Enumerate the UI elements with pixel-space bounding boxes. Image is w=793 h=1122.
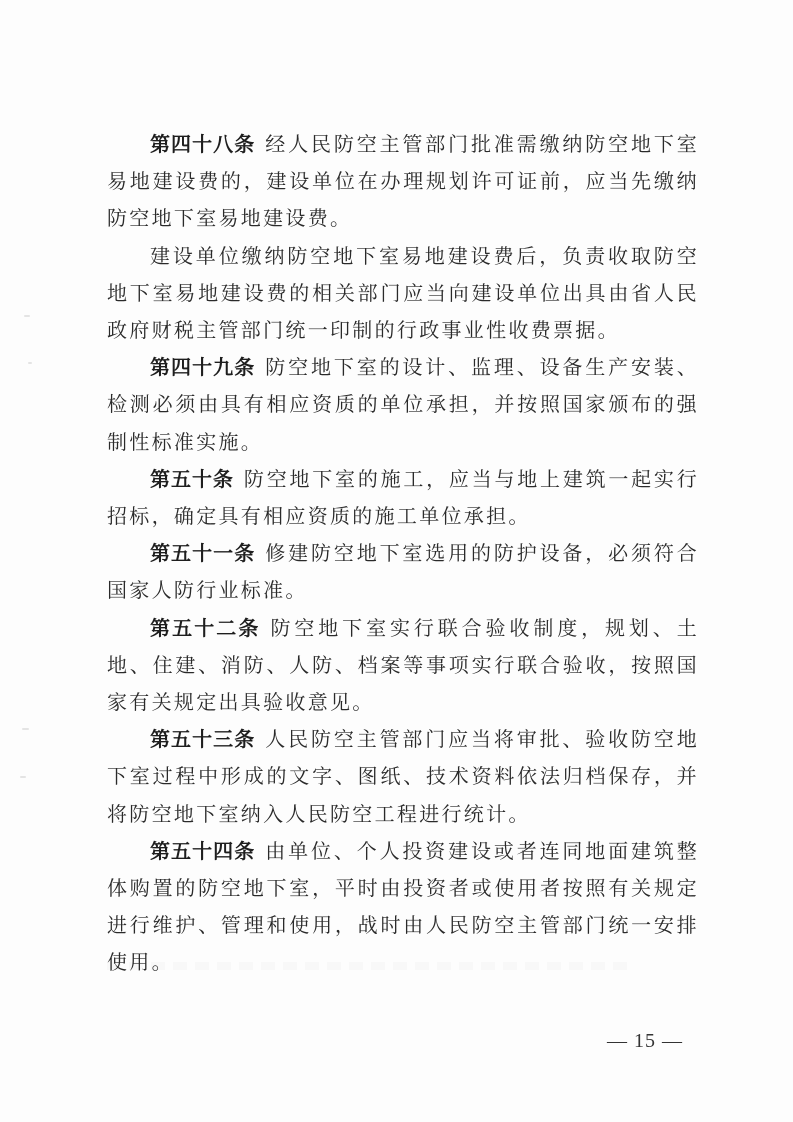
article-52-paragraph: 第五十二条防空地下室实行联合验收制度，规划、土地、住建、消防、人防、档案等事项实… (107, 610, 699, 722)
article-51-paragraph: 第五十一条修建防空地下室选用的防护设备，必须符合国家人防行业标准。 (107, 535, 699, 609)
scan-artifact (22, 728, 29, 730)
article-49-paragraph: 第四十九条防空地下室的设计、监理、设备生产安装、检测必须由具有相应资质的单位承担… (107, 349, 699, 461)
document-page: 第四十八条经人民防空主管部门批准需缴纳防空地下室易地建设费的，建设单位在办理规划… (0, 0, 793, 1122)
article-number: 第五十四条 (150, 839, 255, 863)
article-53-paragraph: 第五十三条人民防空主管部门应当将审批、验收防空地下室过程中形成的文字、图纸、技术… (107, 721, 699, 833)
scan-artifact (24, 315, 30, 317)
article-number: 第五十条 (150, 467, 234, 491)
article-number: 第五十三条 (150, 727, 255, 751)
article-54-paragraph: 第五十四条由单位、个人投资建设或者连同地面建筑整体购置的防空地下室，平时由投资者… (107, 833, 699, 982)
document-body: 第四十八条经人民防空主管部门批准需缴纳防空地下室易地建设费的，建设单位在办理规划… (107, 126, 699, 982)
article-number: 第五十一条 (150, 541, 255, 565)
article-text: 建设单位缴纳防空地下室易地建设费后，负责收取防空地下室易地建设费的相关部门应当向… (107, 244, 699, 342)
scan-artifact (20, 776, 26, 778)
article-48-paragraph: 第四十八条经人民防空主管部门批准需缴纳防空地下室易地建设费的，建设单位在办理规划… (107, 126, 699, 238)
article-48-second-paragraph: 建设单位缴纳防空地下室易地建设费后，负责收取防空地下室易地建设费的相关部门应当向… (107, 238, 699, 350)
article-number: 第五十二条 (150, 616, 260, 640)
page-number: — 15 — (607, 1030, 683, 1053)
article-number: 第四十九条 (150, 355, 255, 379)
article-number: 第四十八条 (150, 132, 255, 156)
scan-artifact (28, 362, 32, 364)
article-50-paragraph: 第五十条防空地下室的施工，应当与地上建筑一起实行招标，确定具有相应资质的施工单位… (107, 461, 699, 535)
